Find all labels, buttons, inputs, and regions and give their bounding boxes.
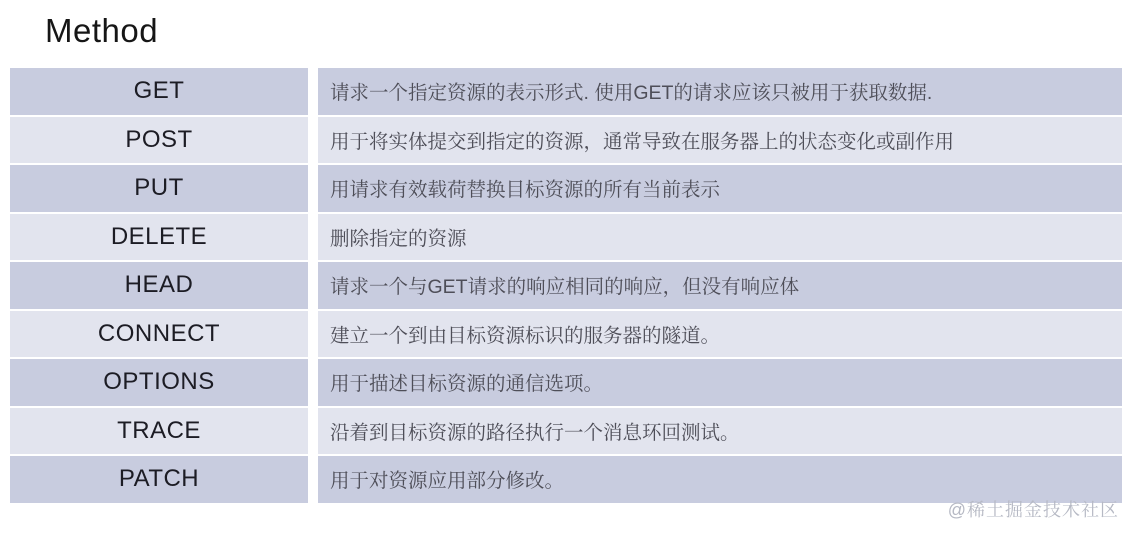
description-cell: 请求一个指定资源的表示形式. 使用GET的请求应该只被用于获取数据. xyxy=(318,68,1122,115)
method-cell: GET xyxy=(10,68,308,115)
http-methods-table: GET请求一个指定资源的表示形式. 使用GET的请求应该只被用于获取数据.POS… xyxy=(10,68,1122,503)
page: Method GET请求一个指定资源的表示形式. 使用GET的请求应该只被用于获… xyxy=(0,0,1131,533)
page-title: Method xyxy=(45,12,158,50)
method-cell: POST xyxy=(10,117,308,164)
watermark: @稀土掘金技术社区 xyxy=(948,496,1119,522)
description-cell: 用于描述目标资源的通信选项。 xyxy=(318,359,1122,406)
method-cell: DELETE xyxy=(10,214,308,261)
method-cell: PUT xyxy=(10,165,308,212)
description-cell: 沿着到目标资源的路径执行一个消息环回测试。 xyxy=(318,408,1122,455)
method-cell: HEAD xyxy=(10,262,308,309)
description-cell: 删除指定的资源 xyxy=(318,214,1122,261)
description-cell: 用请求有效载荷替换目标资源的所有当前表示 xyxy=(318,165,1122,212)
description-cell: 建立一个到由目标资源标识的服务器的隧道。 xyxy=(318,311,1122,358)
method-cell: PATCH xyxy=(10,456,308,503)
method-cell: OPTIONS xyxy=(10,359,308,406)
description-cell: 请求一个与GET请求的响应相同的响应，但没有响应体 xyxy=(318,262,1122,309)
description-cell: 用于将实体提交到指定的资源，通常导致在服务器上的状态变化或副作用 xyxy=(318,117,1122,164)
method-cell: CONNECT xyxy=(10,311,308,358)
method-cell: TRACE xyxy=(10,408,308,455)
